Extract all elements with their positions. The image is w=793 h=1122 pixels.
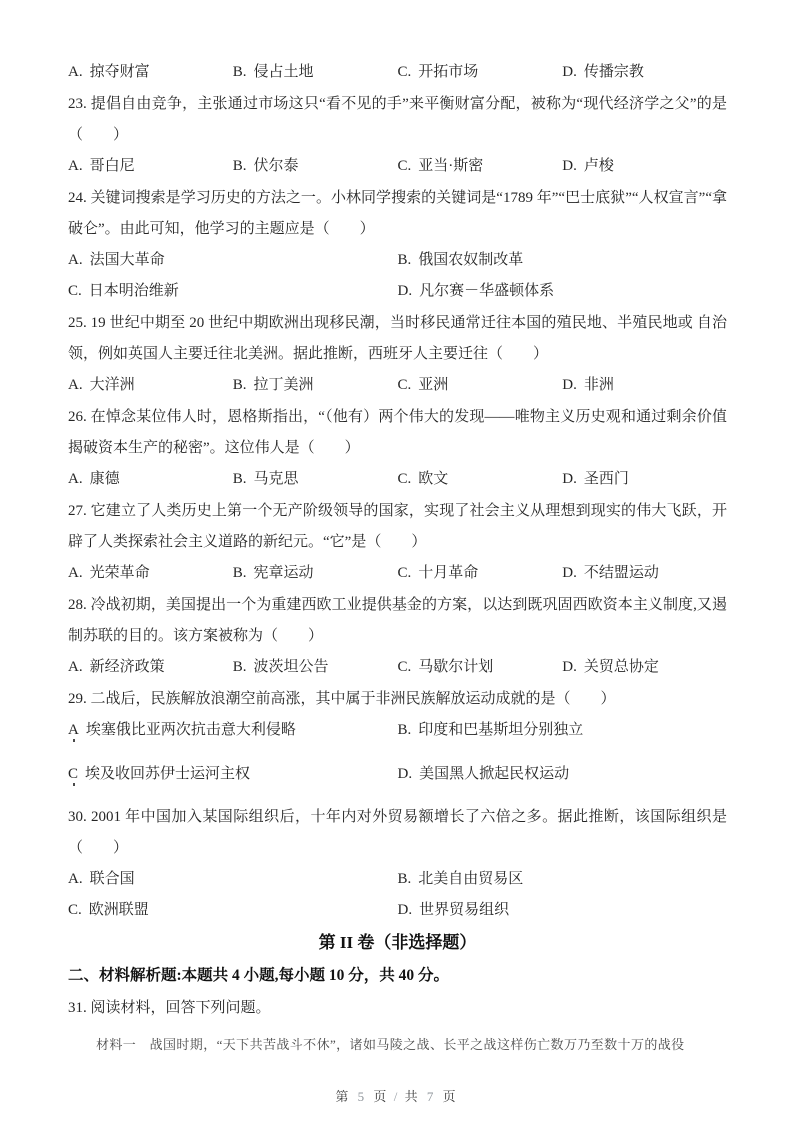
option-c: C.日本明治维新 [68, 276, 398, 307]
option-text: 波茨坦公告 [254, 659, 329, 675]
question-29: 29. 二战后，民族解放浪潮空前高涨，其中属于非洲民族解放运动成就的是（ ） A… [68, 684, 727, 790]
option-label: B. [398, 864, 412, 895]
footer-total-pages: 7 [425, 1089, 438, 1104]
option-b: B.伏尔泰 [233, 151, 398, 182]
option-text: 非洲 [584, 377, 614, 393]
option-d: D.卢梭 [562, 151, 727, 182]
option-label: A. [68, 57, 83, 88]
option-text: 十月革命 [418, 565, 478, 581]
option-text: 凡尔赛－华盛顿体系 [419, 283, 554, 299]
option-label: B. [233, 57, 247, 88]
option-c: C.欧文 [398, 464, 563, 495]
option-text: 伏尔泰 [254, 158, 299, 174]
option-d: D.凡尔赛－华盛顿体系 [398, 276, 728, 307]
question-26: 26. 在悼念某位伟人时，恩格斯指出，“（他有）两个伟大的发现——唯物主义历史观… [68, 402, 727, 495]
option-b: B.俄国农奴制改革 [398, 245, 728, 276]
option-text: 新经济政策 [90, 659, 165, 675]
footer-label-gong: 共 [405, 1089, 420, 1104]
option-label: D. [398, 276, 413, 307]
option-label: D. [562, 370, 577, 401]
option-a: A.新经济政策 [68, 652, 233, 683]
question-27-stem: 27. 它建立了人类历史上第一个无产阶级领导的国家，实现了社会主义从理想到现实的… [68, 496, 727, 558]
option-label: B. [233, 370, 247, 401]
option-b: B.侵占土地 [233, 57, 398, 88]
option-label: C. [398, 652, 412, 683]
footer-slash: / [394, 1089, 400, 1104]
option-label: D. [398, 895, 413, 926]
option-text: 法国大革命 [90, 252, 165, 268]
option-label: B. [233, 464, 247, 495]
option-text: 卢梭 [584, 158, 614, 174]
option-d: D.不结盟运动 [562, 558, 727, 589]
option-d: D.传播宗教 [562, 57, 727, 88]
option-text: 美国黑人掀起民权运动 [419, 766, 569, 782]
option-text: 马歇尔计划 [418, 659, 493, 675]
option-d: D.世界贸易组织 [398, 895, 728, 926]
option-label: D. [562, 151, 577, 182]
material-one-paragraph: 材料一 战国时期，“天下共苦战斗不休”，诸如马陵之战、长平之战这样伤亡数万乃至数… [68, 1030, 727, 1060]
option-label: D. [398, 759, 413, 790]
option-text: 俄国农奴制改革 [418, 252, 523, 268]
material-analysis-heading: 二、材料解析题:本题共 4 小题,每小题 10 分，共 40 分。 [68, 959, 727, 992]
option-d: D.美国黑人掀起民权运动 [398, 759, 728, 790]
option-label: A [68, 715, 79, 746]
question-23-options: A.哥白尼 B.伏尔泰 C.亚当·斯密 D.卢梭 [68, 151, 727, 182]
option-a: A埃塞俄比亚两次抗击意大利侵略 [68, 715, 398, 746]
option-label: A. [68, 151, 83, 182]
option-label: C. [398, 370, 412, 401]
option-label: D. [562, 558, 577, 589]
option-text: 开拓市场 [418, 64, 478, 80]
option-label: D. [562, 652, 577, 683]
question-26-options: A.康德 B.马克思 C.欧文 D.圣西门 [68, 464, 727, 495]
option-text: 康德 [90, 471, 120, 487]
question-27: 27. 它建立了人类历史上第一个无产阶级领导的国家，实现了社会主义从理想到现实的… [68, 496, 727, 589]
option-text: 关贸总协定 [584, 659, 659, 675]
option-text: 哥白尼 [90, 158, 135, 174]
option-label: B. [398, 715, 412, 746]
option-label: B. [233, 652, 247, 683]
option-label: D. [562, 464, 577, 495]
option-label: C. [68, 276, 82, 307]
question-28: 28. 冷战初期，美国提出一个为重建西欧工业提供基金的方案，以达到既巩固西欧资本… [68, 590, 727, 683]
option-label: A. [68, 864, 83, 895]
option-label: C. [398, 151, 412, 182]
section-2-title: 第 II 卷（非选择题） [68, 927, 727, 959]
option-a: A.掠夺财富 [68, 57, 233, 88]
question-25-stem: 25. 19 世纪中期至 20 世纪中期欧洲出现移民潮，当时移民通常迁往本国的殖… [68, 308, 727, 370]
option-label: A. [68, 652, 83, 683]
question-30: 30. 2001 年中国加入某国际组织后，十年内对外贸易额增长了六倍之多。据此推… [68, 802, 727, 926]
option-text: 欧洲联盟 [89, 902, 149, 918]
option-label: C. [398, 558, 412, 589]
question-24: 24. 关键词搜索是学习历史的方法之一。小林同学搜索的关键词是“1789 年”“… [68, 183, 727, 307]
footer-label-di: 第 [335, 1089, 350, 1104]
option-a: A.联合国 [68, 864, 398, 895]
question-25: 25. 19 世纪中期至 20 世纪中期欧洲出现移民潮，当时移民通常迁往本国的殖… [68, 308, 727, 401]
footer-current-page: 5 [356, 1089, 369, 1104]
option-a: A.哥白尼 [68, 151, 233, 182]
option-c: C埃及收回苏伊士运河主权 [68, 759, 398, 790]
question-30-options: A.联合国 B.北美自由贸易区 C.欧洲联盟 D.世界贸易组织 [68, 864, 727, 926]
option-c: C.开拓市场 [398, 57, 563, 88]
option-text: 日本明治维新 [89, 283, 179, 299]
option-a: A.光荣革命 [68, 558, 233, 589]
option-label: C. [398, 464, 412, 495]
question-22-options: A.掠夺财富 B.侵占土地 C.开拓市场 D.传播宗教 [68, 57, 727, 88]
footer-label-ye2: 页 [443, 1089, 458, 1104]
option-text: 亚洲 [418, 377, 448, 393]
question-27-options: A.光荣革命 B.宪章运动 C.十月革命 D.不结盟运动 [68, 558, 727, 589]
option-label: B. [233, 558, 247, 589]
option-d: D.非洲 [562, 370, 727, 401]
option-text: 大洋洲 [90, 377, 135, 393]
option-text: 圣西门 [584, 471, 629, 487]
question-22: A.掠夺财富 B.侵占土地 C.开拓市场 D.传播宗教 [68, 57, 727, 88]
option-text: 欧文 [418, 471, 448, 487]
question-28-stem: 28. 冷战初期，美国提出一个为重建西欧工业提供基金的方案，以达到既巩固西欧资本… [68, 590, 727, 652]
option-label: C. [68, 895, 82, 926]
exam-page: A.掠夺财富 B.侵占土地 C.开拓市场 D.传播宗教 23. 提倡自由竞争，主… [0, 0, 793, 1061]
option-d: D.关贸总协定 [562, 652, 727, 683]
option-text: 宪章运动 [254, 565, 314, 581]
question-30-stem: 30. 2001 年中国加入某国际组织后，十年内对外贸易额增长了六倍之多。据此推… [68, 802, 727, 864]
question-25-options: A.大洋洲 B.拉丁美洲 C.亚洲 D.非洲 [68, 370, 727, 401]
option-d: D.圣西门 [562, 464, 727, 495]
option-text: 侵占土地 [254, 64, 314, 80]
option-text: 传播宗教 [584, 64, 644, 80]
option-label: C [68, 759, 78, 790]
question-31-lead: 31. 阅读材料，回答下列问题。 [68, 992, 727, 1024]
option-c: C.十月革命 [398, 558, 563, 589]
option-a: A.法国大革命 [68, 245, 398, 276]
question-24-options: A.法国大革命 B.俄国农奴制改革 C.日本明治维新 D.凡尔赛－华盛顿体系 [68, 245, 727, 307]
option-label: A. [68, 464, 83, 495]
option-label: A. [68, 245, 83, 276]
option-label: C. [398, 57, 412, 88]
footer-label-ye1: 页 [373, 1089, 388, 1104]
option-text: 掠夺财富 [90, 64, 150, 80]
option-b: B.拉丁美洲 [233, 370, 398, 401]
option-b: B.马克思 [233, 464, 398, 495]
option-c: C.亚洲 [398, 370, 563, 401]
option-c: C.亚当·斯密 [398, 151, 563, 182]
option-text: 印度和巴基斯坦分别独立 [418, 722, 583, 738]
option-text: 马克思 [254, 471, 299, 487]
option-a: A.大洋洲 [68, 370, 233, 401]
option-b: B.印度和巴基斯坦分别独立 [398, 715, 728, 746]
question-29-stem: 29. 二战后，民族解放浪潮空前高涨，其中属于非洲民族解放运动成就的是（ ） [68, 684, 727, 715]
question-23-stem: 23. 提倡自由竞争，主张通过市场这只“看不见的手”来平衡财富分配，被称为“现代… [68, 89, 727, 151]
option-text: 不结盟运动 [584, 565, 659, 581]
question-31: 31. 阅读材料，回答下列问题。 材料一 战国时期，“天下共苦战斗不休”，诸如马… [68, 992, 727, 1060]
option-b: B.波茨坦公告 [233, 652, 398, 683]
question-28-options: A.新经济政策 B.波茨坦公告 C.马歇尔计划 D.关贸总协定 [68, 652, 727, 683]
option-label: B. [398, 245, 412, 276]
option-label: B. [233, 151, 247, 182]
question-24-stem: 24. 关键词搜索是学习历史的方法之一。小林同学搜索的关键词是“1789 年”“… [68, 183, 727, 245]
option-text: 北美自由贸易区 [418, 871, 523, 887]
option-b: B.北美自由贸易区 [398, 864, 728, 895]
page-footer: 第 5 页 / 共 7 页 [0, 1086, 793, 1105]
option-text: 联合国 [90, 871, 135, 887]
question-29-options: A埃塞俄比亚两次抗击意大利侵略 B.印度和巴基斯坦分别独立 C埃及收回苏伊士运河… [68, 715, 727, 790]
option-text: 埃及收回苏伊士运河主权 [85, 766, 250, 782]
option-c: C.马歇尔计划 [398, 652, 563, 683]
option-c: C.欧洲联盟 [68, 895, 398, 926]
option-text: 亚当·斯密 [418, 158, 483, 174]
option-a: A.康德 [68, 464, 233, 495]
option-label: A. [68, 370, 83, 401]
option-text: 拉丁美洲 [254, 377, 314, 393]
option-text: 光荣革命 [90, 565, 150, 581]
option-text: 埃塞俄比亚两次抗击意大利侵略 [86, 722, 296, 738]
option-b: B.宪章运动 [233, 558, 398, 589]
option-label: D. [562, 57, 577, 88]
option-label: A. [68, 558, 83, 589]
question-23: 23. 提倡自由竞争，主张通过市场这只“看不见的手”来平衡财富分配，被称为“现代… [68, 89, 727, 182]
option-text: 世界贸易组织 [419, 902, 509, 918]
question-26-stem: 26. 在悼念某位伟人时，恩格斯指出，“（他有）两个伟大的发现——唯物主义历史观… [68, 402, 727, 464]
